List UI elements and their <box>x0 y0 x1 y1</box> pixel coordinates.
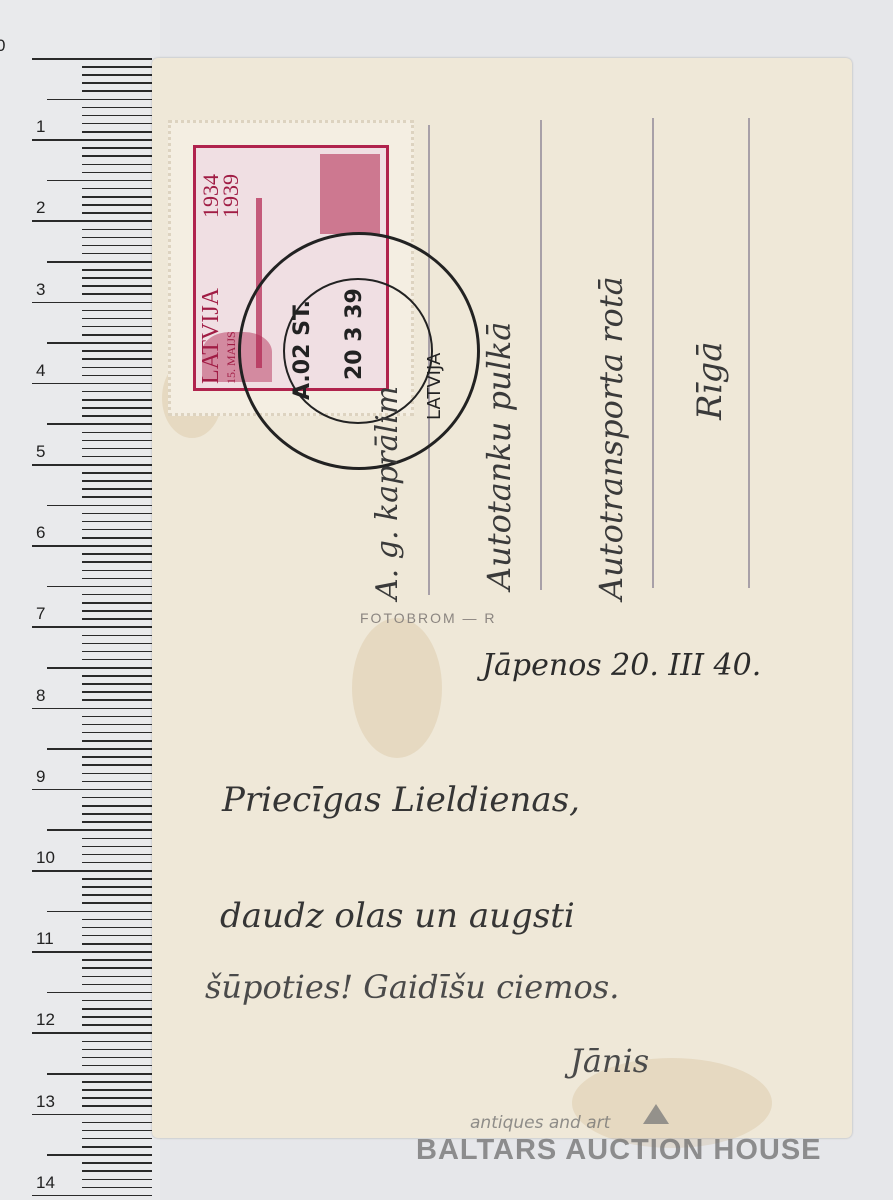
ruler-tick <box>82 699 152 701</box>
ruler-tick <box>82 635 152 637</box>
ruler-tick <box>82 878 152 880</box>
ruler-tick <box>82 724 152 726</box>
message-line-3: šūpoties! Gaidīšu ciemos. <box>205 968 619 1006</box>
ruler-label: 3 <box>36 280 45 300</box>
ruler-tick <box>32 58 152 60</box>
ruler-tick <box>82 976 152 978</box>
ruler-label: 6 <box>36 523 45 543</box>
ruler-tick <box>47 505 152 507</box>
place-date: Jāpenos 20. III 40. <box>482 648 761 683</box>
ruler-tick <box>82 805 152 807</box>
ruler-tick <box>82 919 152 921</box>
ruler-tick <box>82 764 152 766</box>
ruler-tick <box>47 667 152 669</box>
ruler-tick <box>82 432 152 434</box>
ruler-tick <box>82 1105 152 1107</box>
printer-mark: FOTOBROM — R <box>360 610 497 626</box>
ruler-tick <box>47 586 152 588</box>
watermark-brand: BALTARS AUCTION HOUSE <box>416 1134 822 1167</box>
ruler-tick <box>47 180 152 182</box>
ruler-tick <box>32 626 152 628</box>
address-line <box>652 118 654 588</box>
ruler-tick <box>82 358 152 360</box>
ruler-tick <box>82 740 152 742</box>
ruler-tick <box>32 220 152 222</box>
ruler-tick <box>32 302 152 304</box>
ruler-tick <box>82 229 152 231</box>
address-line <box>748 118 750 588</box>
ruler-tick <box>82 407 152 409</box>
ruler-tick <box>82 318 152 320</box>
ruler-tick <box>32 545 152 547</box>
ruler-tick <box>82 838 152 840</box>
ruler-tick <box>82 529 152 531</box>
ruler-tick <box>82 172 152 174</box>
ruler-tick <box>47 342 152 344</box>
ruler-tick <box>82 66 152 68</box>
ruler-tick <box>82 1162 152 1164</box>
ruler-tick <box>82 927 152 929</box>
ruler-tick <box>82 448 152 450</box>
ruler-tick <box>82 1081 152 1083</box>
ruler-tick <box>82 691 152 693</box>
ruler-tick <box>82 561 152 563</box>
ruler-tick <box>82 115 152 117</box>
ruler-tick <box>82 894 152 896</box>
ruler-tick <box>82 846 152 848</box>
ruler-tick <box>82 854 152 856</box>
ruler-label: 8 <box>36 686 45 706</box>
ruler-tick <box>82 1000 152 1002</box>
ruler-tick <box>82 943 152 945</box>
crown-icon <box>643 1104 669 1124</box>
ruler-tick <box>82 675 152 677</box>
ruler: 01234567891011121314 <box>0 0 160 1200</box>
ruler-tick <box>82 245 152 247</box>
ruler-tick <box>82 480 152 482</box>
ruler-tick <box>82 1138 152 1140</box>
ruler-tick <box>82 269 152 271</box>
ruler-tick <box>32 870 152 872</box>
ruler-tick <box>82 1170 152 1172</box>
ruler-label: 5 <box>36 442 45 462</box>
ruler-tick <box>82 440 152 442</box>
ruler-tick <box>82 1049 152 1051</box>
ruler-tick <box>32 789 152 791</box>
ruler-tick <box>82 886 152 888</box>
ruler-tick <box>82 570 152 572</box>
ruler-label: 4 <box>36 361 45 381</box>
ruler-tick <box>82 350 152 352</box>
stamp-country: LATVIJA <box>198 288 225 384</box>
ruler-tick <box>82 513 152 515</box>
ruler-tick <box>82 797 152 799</box>
ruler-tick <box>47 829 152 831</box>
postmark-top: A.02 ST. <box>290 300 315 400</box>
ruler-label: 9 <box>36 767 45 787</box>
postmark-bottom: LATVIJA <box>424 353 445 420</box>
ruler-tick <box>82 204 152 206</box>
ruler-tick <box>82 472 152 474</box>
ruler-tick <box>82 155 152 157</box>
ruler-tick <box>32 951 152 953</box>
ruler-tick <box>82 196 152 198</box>
ruler-tick <box>82 935 152 937</box>
ruler-tick <box>82 334 152 336</box>
ruler-tick <box>82 537 152 539</box>
ruler-tick <box>82 1065 152 1067</box>
ruler-tick <box>82 147 152 149</box>
ruler-tick <box>82 862 152 864</box>
ruler-tick <box>82 310 152 312</box>
ruler-tick <box>82 902 152 904</box>
ruler-tick <box>32 139 152 141</box>
ruler-label: 0 <box>0 36 5 56</box>
ruler-tick <box>82 293 152 295</box>
ruler-tick <box>82 773 152 775</box>
ruler-tick <box>82 488 152 490</box>
ruler-tick <box>82 391 152 393</box>
ruler-tick <box>82 253 152 255</box>
ruler-tick <box>32 1032 152 1034</box>
ruler-tick <box>82 1089 152 1091</box>
ruler-tick <box>47 423 152 425</box>
ruler-tick <box>82 188 152 190</box>
ruler-label: 7 <box>36 604 45 624</box>
ruler-tick <box>47 1073 152 1075</box>
ruler-tick <box>32 383 152 385</box>
address-line-2: Autotanku pulkā <box>480 322 518 590</box>
ruler-tick <box>82 959 152 961</box>
ruler-tick <box>82 1041 152 1043</box>
ruler-tick <box>82 756 152 758</box>
address-line-3: Autotransporta rotā <box>592 276 630 600</box>
ruler-tick <box>32 708 152 710</box>
ruler-tick <box>82 164 152 166</box>
ruler-label: 10 <box>36 848 55 868</box>
ruler-tick <box>82 82 152 84</box>
ruler-tick <box>82 521 152 523</box>
ruler-tick <box>82 277 152 279</box>
ruler-label: 1 <box>36 117 45 137</box>
ruler-tick <box>82 237 152 239</box>
address-line <box>540 120 542 590</box>
ruler-tick <box>47 911 152 913</box>
ruler-tick <box>32 464 152 466</box>
ruler-tick <box>82 326 152 328</box>
ruler-tick <box>82 643 152 645</box>
ruler-tick <box>82 1146 152 1148</box>
ruler-label: 14 <box>36 1173 55 1193</box>
ruler-tick <box>82 1024 152 1026</box>
ruler-tick <box>82 984 152 986</box>
ruler-tick <box>47 992 152 994</box>
ruler-tick <box>82 683 152 685</box>
ruler-tick <box>82 1016 152 1018</box>
ruler-tick <box>82 456 152 458</box>
ruler-tick <box>82 1097 152 1099</box>
ruler-label: 12 <box>36 1010 55 1030</box>
ruler-tick <box>32 1114 152 1116</box>
ruler-tick <box>82 1122 152 1124</box>
ruler-tick <box>47 1154 152 1156</box>
ruler-tick <box>82 716 152 718</box>
building <box>320 154 380 234</box>
ruler-tick <box>82 1008 152 1010</box>
ruler-tick <box>82 578 152 580</box>
postmark-date: 20 3 39 <box>342 288 367 380</box>
ruler-tick <box>82 107 152 109</box>
ruler-tick <box>82 618 152 620</box>
ruler-tick <box>82 1187 152 1189</box>
ruler-tick <box>82 131 152 133</box>
stain <box>352 618 442 758</box>
stamp-date: 15. MAIJS <box>224 331 239 384</box>
ruler-label: 2 <box>36 198 45 218</box>
ruler-tick <box>82 123 152 125</box>
ruler-tick <box>82 496 152 498</box>
ruler-tick <box>82 375 152 377</box>
ruler-tick <box>82 781 152 783</box>
ruler-tick <box>82 90 152 92</box>
ruler-tick <box>82 821 152 823</box>
watermark-tagline: antiques and art <box>470 1113 610 1133</box>
stamp-year-end: 1939 <box>218 174 244 218</box>
ruler-tick <box>82 594 152 596</box>
ruler-tick <box>82 732 152 734</box>
ruler-tick <box>82 1179 152 1181</box>
ruler-tick <box>82 415 152 417</box>
ruler-tick <box>82 967 152 969</box>
ruler-tick <box>82 367 152 369</box>
ruler-label: 11 <box>36 929 54 949</box>
ruler-tick <box>82 212 152 214</box>
ruler-tick <box>82 813 152 815</box>
ruler-tick <box>47 261 152 263</box>
address-line-1: A. g. kaprālim <box>370 386 405 600</box>
ruler-tick <box>32 1195 152 1197</box>
ruler-tick <box>82 399 152 401</box>
signature: Jānis <box>570 1042 649 1080</box>
ruler-tick <box>82 602 152 604</box>
ruler-tick <box>82 553 152 555</box>
ruler-tick <box>82 74 152 76</box>
ruler-tick <box>82 610 152 612</box>
ruler-tick <box>82 651 152 653</box>
message-line-2: daudz olas un augsti <box>220 896 575 936</box>
ruler-tick <box>82 285 152 287</box>
message-line-1: Priecīgas Lieldienas, <box>222 780 580 820</box>
ruler-tick <box>47 748 152 750</box>
ruler-tick <box>47 99 152 101</box>
ruler-tick <box>82 1057 152 1059</box>
address-line-4: Rīgā <box>690 341 730 420</box>
ruler-label: 13 <box>36 1092 55 1112</box>
ruler-tick <box>82 1130 152 1132</box>
ruler-tick <box>82 659 152 661</box>
